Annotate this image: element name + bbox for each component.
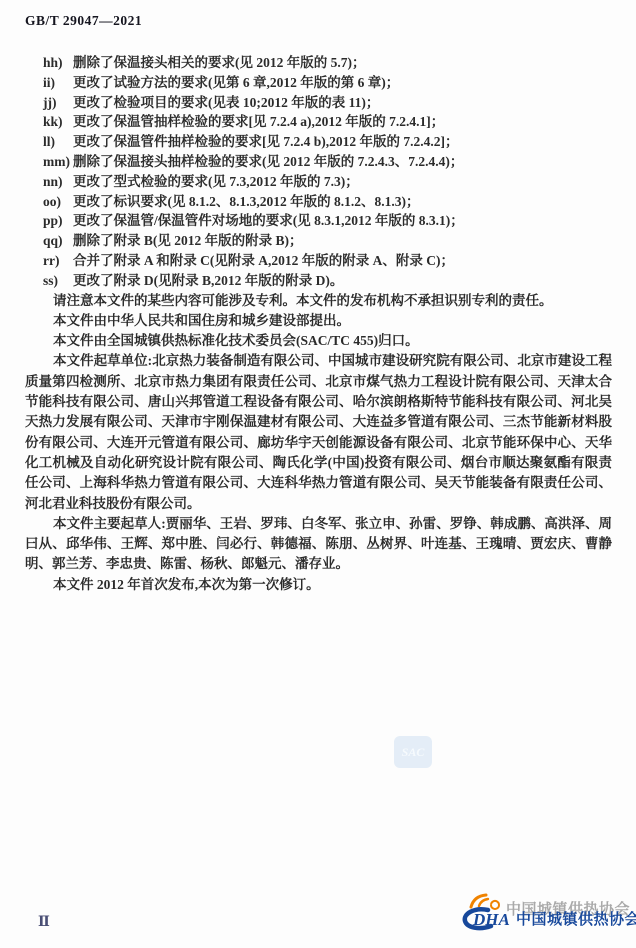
revision-item-text: 更改了保温管件抽样检验的要求[见 7.2.4 b),2012 年版的 7.2.4… [73,132,612,152]
revision-item-text: 更改了附录 D(见附录 B,2012 年版的附录 D)。 [73,271,612,291]
front-matter: 请注意本文件的某些内容可能涉及专利。本文件的发布机构不承担识别专利的责任。本文件… [25,291,612,595]
association-logo: DHA 中国城镇供热协会 中国城镇供热协会 [458,890,636,936]
revision-item-label: ss) [43,271,73,291]
revision-item: ss)更改了附录 D(见附录 B,2012 年版的附录 D)。 [43,271,612,291]
revision-item-text: 合并了附录 A 和附录 C(见附录 A,2012 年版的附录 A、附录 C)； [73,251,612,271]
text-block: hh)删除了保温接头相关的要求(见 2012 年版的 5.7)；ii)更改了试验… [25,53,612,595]
revision-item-text: 更改了检验项目的要求(见表 10;2012 年版的表 11)； [73,93,612,113]
revision-item-label: ii) [43,73,73,93]
front-matter-paragraph: 本文件主要起草人:贾丽华、王岩、罗玮、白冬军、张立申、孙雷、罗铮、韩成鹏、高洪泽… [25,514,612,575]
revision-item-text: 删除了保温接头抽样检验的要求(见 2012 年版的 7.2.4.3、7.2.4.… [73,152,612,172]
revision-item: kk)更改了保温管抽样检验的要求[见 7.2.4 a),2012 年版的 7.2… [43,112,612,132]
revision-item-label: qq) [43,231,73,251]
revision-item-label: hh) [43,53,73,73]
revision-item-text: 更改了试验方法的要求(见第 6 章,2012 年版的第 6 章)； [73,73,612,93]
document-page: GB/T 29047—2021 hh)删除了保温接头相关的要求(见 2012 年… [0,0,636,948]
sac-watermark: SAC [394,736,432,768]
cdha-acronym-text: DHA [472,910,510,929]
revision-item-text: 更改了保温管/保温管件对场地的要求(见 8.3.1,2012 年版的 8.3.1… [73,211,612,231]
revision-item-label: ll) [43,132,73,152]
association-name: 中国城镇供热协会 [516,908,636,929]
revision-item-label: rr) [43,251,73,271]
revision-item: mm)删除了保温接头抽样检验的要求(见 2012 年版的 7.2.4.3、7.2… [43,152,612,172]
revision-item: oo)更改了标识要求(见 8.1.2、8.1.3,2012 年版的 8.1.2、… [43,192,612,212]
revision-item-label: kk) [43,112,73,132]
revision-item-text: 更改了标识要求(见 8.1.2、8.1.3,2012 年版的 8.1.2、8.1… [73,192,612,212]
revision-item: hh)删除了保温接头相关的要求(见 2012 年版的 5.7)； [43,53,612,73]
revision-item: nn)更改了型式检验的要求(见 7.3,2012 年版的 7.3)； [43,172,612,192]
revision-item-text: 更改了保温管抽样检验的要求[见 7.2.4 a),2012 年版的 7.2.4.… [73,112,612,132]
revision-item: rr)合并了附录 A 和附录 C(见附录 A,2012 年版的附录 A、附录 C… [43,251,612,271]
revision-item-label: pp) [43,211,73,231]
revision-item: qq)删除了附录 B(见 2012 年版的附录 B)； [43,231,612,251]
revision-item: ll)更改了保温管件抽样检验的要求[见 7.2.4 b),2012 年版的 7.… [43,132,612,152]
revision-item: pp)更改了保温管/保温管件对场地的要求(见 8.3.1,2012 年版的 8.… [43,211,612,231]
front-matter-paragraph: 本文件起草单位:北京热力装备制造有限公司、中国城市建设研究院有限公司、北京市建设… [25,351,612,513]
revision-list: hh)删除了保温接头相关的要求(见 2012 年版的 5.7)；ii)更改了试验… [43,53,612,291]
revision-item: ii)更改了试验方法的要求(见第 6 章,2012 年版的第 6 章)； [43,73,612,93]
front-matter-paragraph: 本文件由全国城镇供热标准化技术委员会(SAC/TC 455)归口。 [25,331,612,351]
front-matter-paragraph: 本文件 2012 年首次发布,本次为第一次修订。 [25,575,612,595]
revision-item: jj)更改了检验项目的要求(见表 10;2012 年版的表 11)； [43,93,612,113]
page-number: Ⅱ [38,914,50,931]
revision-item-label: oo) [43,192,73,212]
front-matter-paragraph: 本文件由中华人民共和国住房和城乡建设部提出。 [25,311,612,331]
revision-item-label: mm) [43,152,73,172]
revision-item-label: nn) [43,172,73,192]
front-matter-paragraph: 请注意本文件的某些内容可能涉及专利。本文件的发布机构不承担识别专利的责任。 [25,291,612,311]
revision-item-text: 更改了型式检验的要求(见 7.3,2012 年版的 7.3)； [73,172,612,192]
revision-item-label: jj) [43,93,73,113]
document-number: GB/T 29047—2021 [25,13,142,29]
revision-item-text: 删除了保温接头相关的要求(见 2012 年版的 5.7)； [73,53,612,73]
revision-item-text: 删除了附录 B(见 2012 年版的附录 B)； [73,231,612,251]
